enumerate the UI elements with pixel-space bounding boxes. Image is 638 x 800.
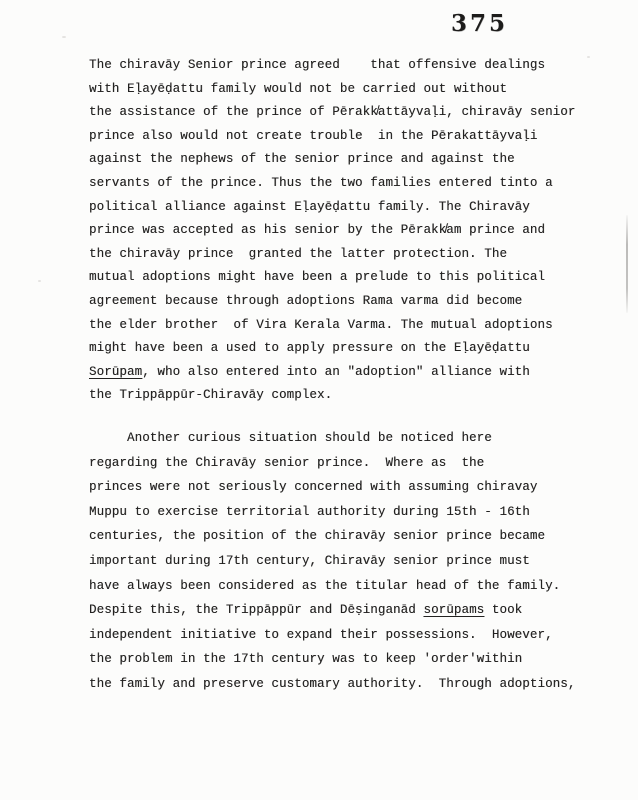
text-line: with Eḷayēḍattu family would not be carr… — [89, 78, 598, 102]
text-line: Despite this, the Trippāppūr and Dēṣinga… — [89, 598, 598, 623]
text-line: the chiravāy prince granted the latter p… — [89, 243, 598, 267]
text-line: agreement because through adoptions Rama… — [89, 290, 598, 314]
text-line: servants of the prince. Thus the two fam… — [89, 172, 598, 196]
paragraph-2: Another curious situation should be noti… — [89, 426, 598, 697]
scan-speck — [38, 280, 41, 282]
text-line: centuries, the position of the chiravāy … — [89, 524, 598, 549]
text-line: have always been considered as the titul… — [89, 574, 598, 599]
text-line: The chiravāy Senior prince agreed that o… — [89, 54, 598, 78]
text-line: regarding the Chiravāy senior prince. Wh… — [89, 451, 598, 476]
scan-speck — [62, 36, 66, 38]
text-line: the assistance of the prince of Pērakk̸a… — [89, 101, 598, 125]
text-line: mutual adoptions might have been a prelu… — [89, 266, 598, 290]
text-line: Sorūpam, who also entered into an "adopt… — [89, 361, 598, 385]
text-line: against the nephews of the senior prince… — [89, 148, 598, 172]
text-line: Muppu to exercise territorial authority … — [89, 500, 598, 525]
text-line: might have been a used to apply pressure… — [89, 337, 598, 361]
page-number: 375 — [451, 10, 508, 37]
text-line: prince was accepted as his senior by the… — [89, 219, 598, 243]
text-line: the Trippāppūr-Chiravāy complex. — [89, 384, 598, 408]
text-line: important during 17th century, Chiravāy … — [89, 549, 598, 574]
text-line: the elder brother of Vira Kerala Varma. … — [89, 314, 598, 338]
text-line: Another curious situation should be noti… — [89, 426, 598, 451]
paragraph-1: The chiravāy Senior prince agreed that o… — [89, 54, 598, 408]
text-line: independent initiative to expand their p… — [89, 623, 598, 648]
text-line: princes were not seriously concerned wit… — [89, 475, 598, 500]
text-line: the problem in the 17th century was to k… — [89, 647, 598, 672]
text-line: political alliance against Eḷayēḍattu fa… — [89, 196, 598, 220]
scan-artifact-line — [626, 215, 628, 313]
text-line: the family and preserve customary author… — [89, 672, 598, 697]
document-page: 375 The chiravāy Senior prince agreed th… — [0, 0, 638, 800]
scan-speck — [587, 56, 590, 58]
text-line: prince also would not create trouble in … — [89, 125, 598, 149]
